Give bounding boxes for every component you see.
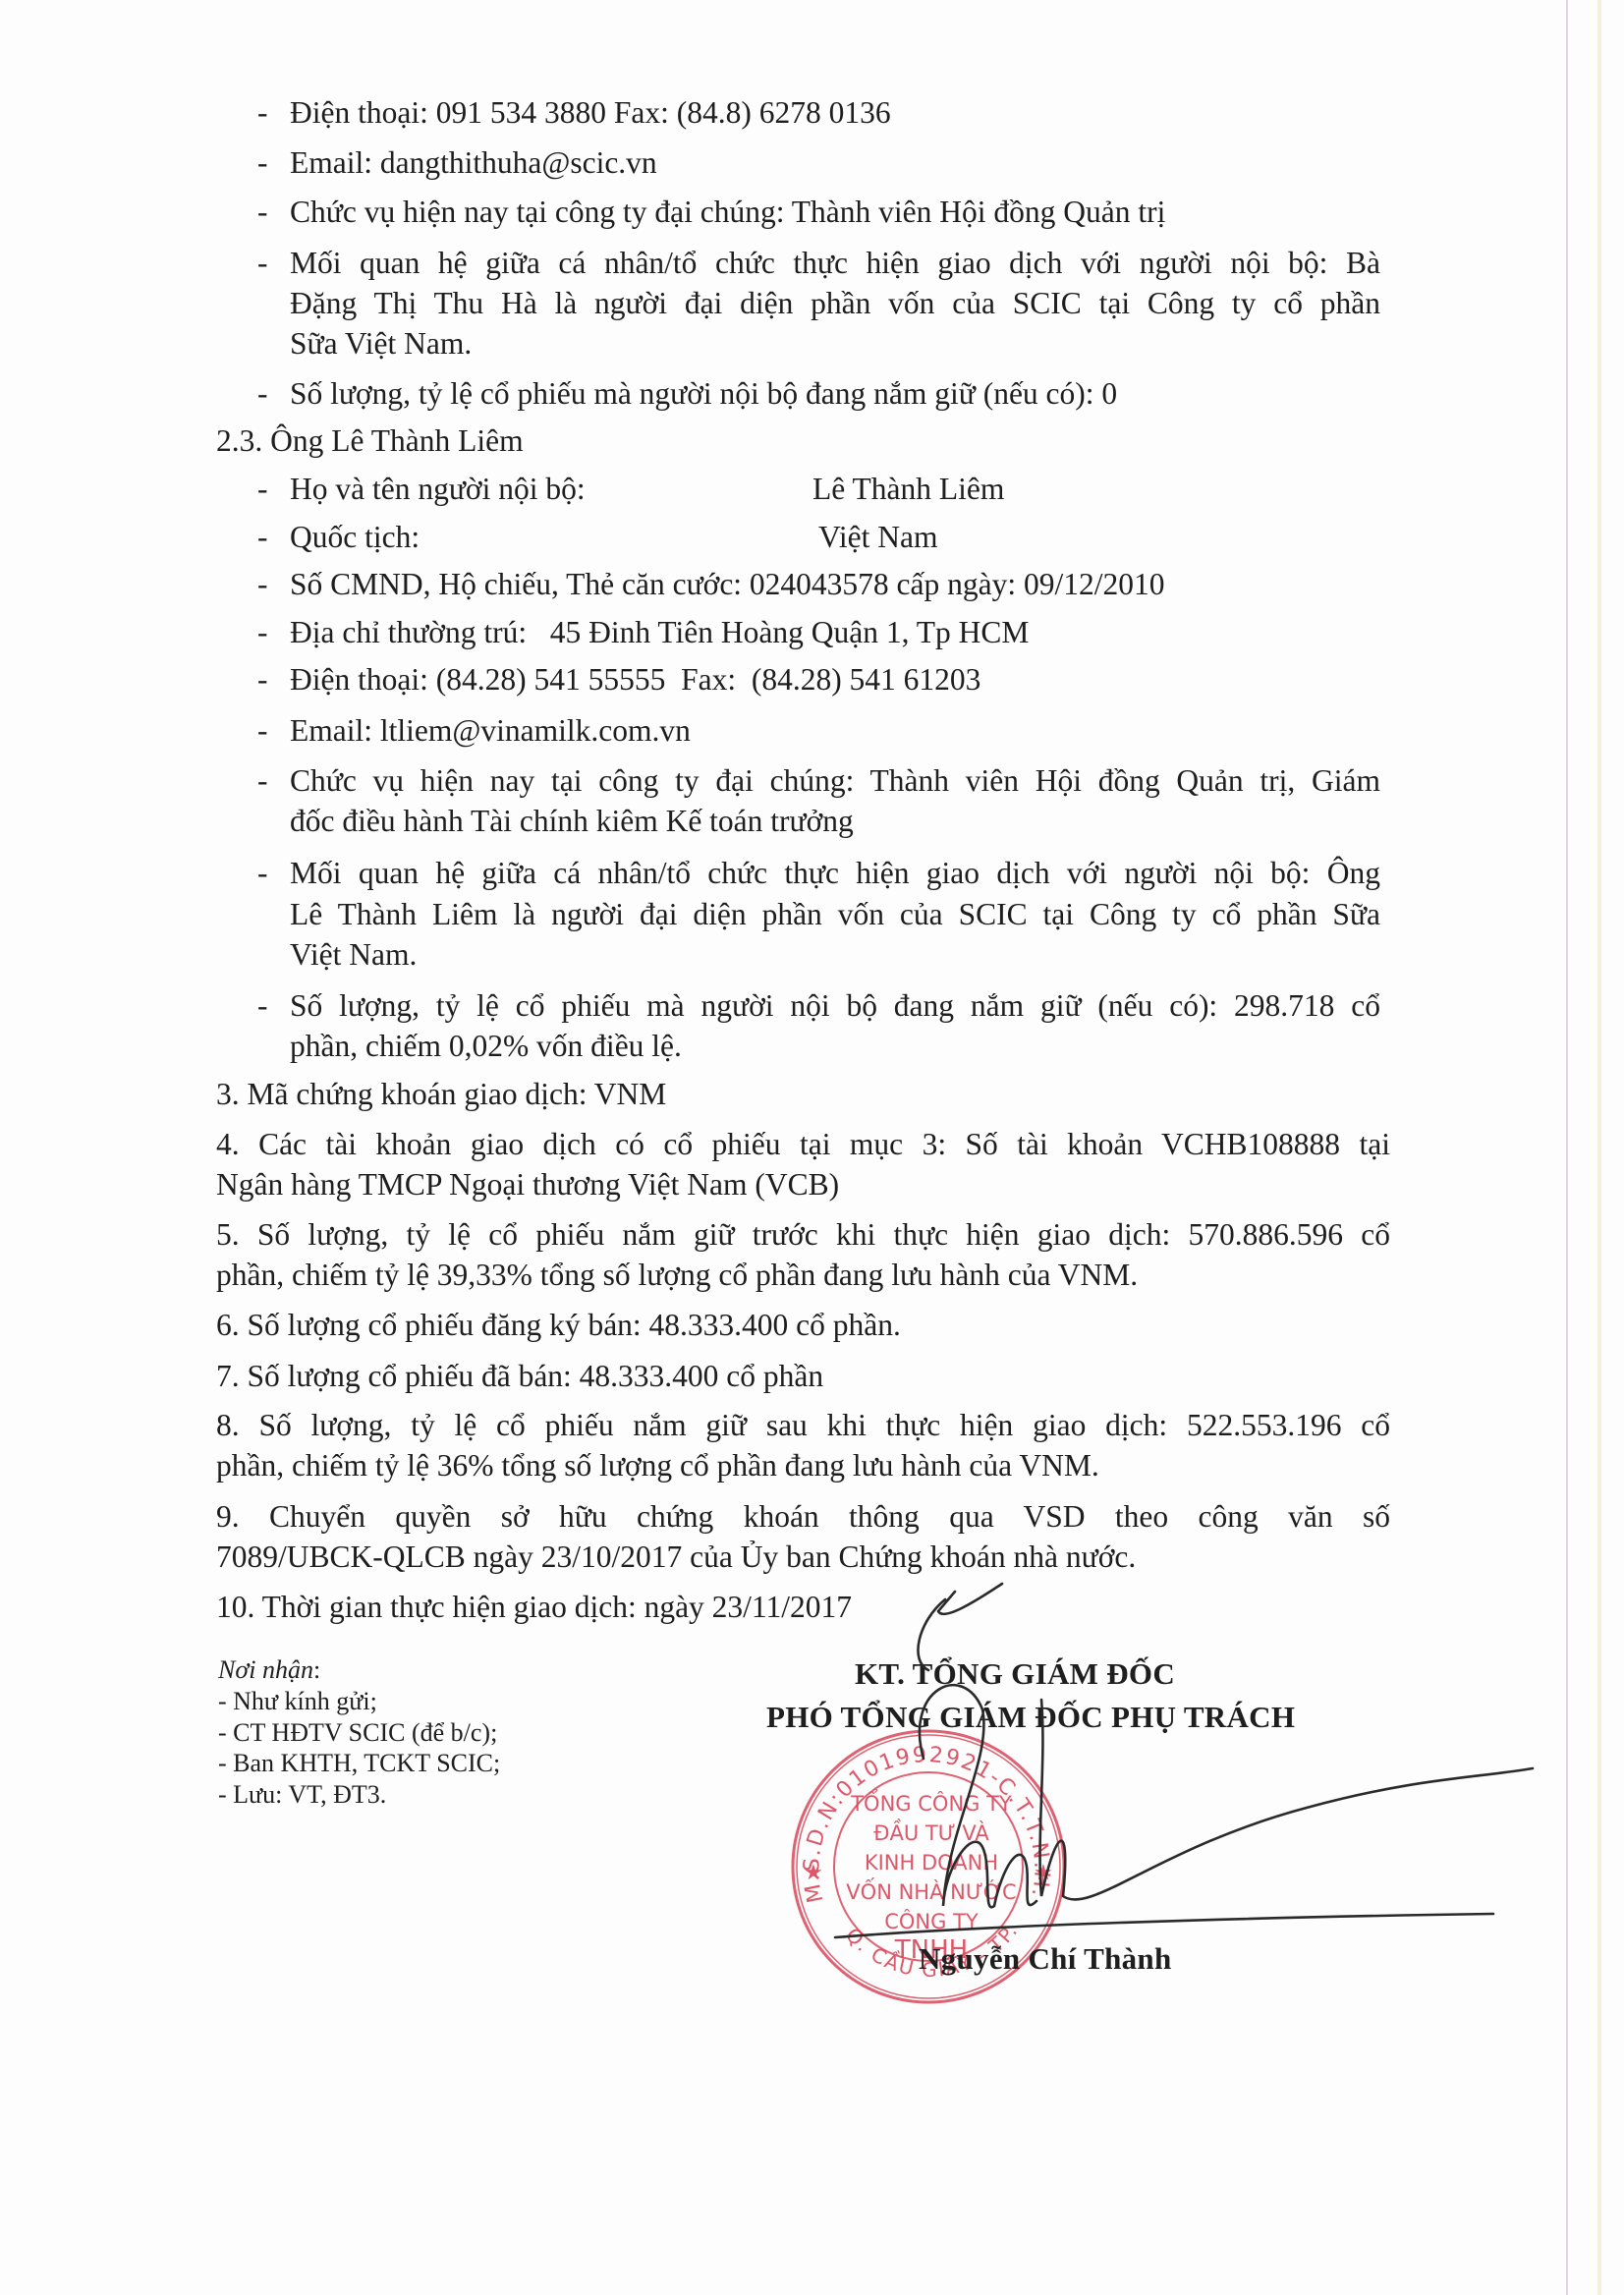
item-9: 9. Chuyển quyền sở hữu chứng khoán thông…: [216, 1498, 1390, 1536]
phone-fax-text: Điện thoại: (84.28) 541 55555 Fax: (84.2…: [290, 661, 980, 699]
position-text-cont: đốc điều hành Tài chính kiêm Kế toán trư…: [290, 803, 854, 840]
item-4-cont: Ngân hàng TMCP Ngoại thương Việt Nam (VC…: [216, 1166, 839, 1203]
recipient-item: - Lưu: VT, ĐT3.: [218, 1780, 386, 1810]
recipients-title: Nơi nhận:: [218, 1655, 320, 1685]
item-10: 10. Thời gian thực hiện giao dịch: ngày …: [216, 1589, 852, 1626]
svg-text:★: ★: [1034, 1861, 1053, 1885]
svg-text:TỔNG CÔNG TY: TỔNG CÔNG TY: [850, 1788, 1012, 1816]
section-heading: 2.3. Ông Lê Thành Liêm: [216, 422, 524, 460]
relation-text-cont: Đặng Thị Thu Hà là người đại diện phần v…: [290, 285, 1380, 322]
item-7: 7. Số lượng cổ phiếu đã bán: 48.333.400 …: [216, 1358, 823, 1395]
field-label: Quốc tịch:: [290, 519, 818, 556]
item-6: 6. Số lượng cổ phiếu đăng ký bán: 48.333…: [216, 1307, 901, 1344]
relation-text: Mối quan hệ giữa cá nhân/tổ chức thực hi…: [290, 245, 1380, 282]
svg-text:★: ★: [804, 1861, 823, 1885]
position-text: Chức vụ hiện nay tại công ty đại chúng: …: [290, 762, 1380, 800]
field-label: Họ và tên người nội bộ:: [290, 471, 812, 508]
item-5-cont: phần, chiếm tỷ lệ 39,33% tổng số lượng c…: [216, 1257, 1138, 1294]
signature-title-2: PHÓ TỔNG GIÁM ĐỐC PHỤ TRÁCH: [766, 1700, 1295, 1735]
email-text: Email: ltliem@vinamilk.com.vn: [290, 712, 691, 750]
id-text: Số CMND, Hộ chiếu, Thẻ căn cước: 0240435…: [290, 566, 1165, 603]
recipient-item: - Như kính gửi;: [218, 1687, 377, 1716]
field-value: Việt Nam: [818, 520, 937, 554]
document-page: - Điện thoại: 091 534 3880 Fax: (84.8) 6…: [0, 0, 1624, 2295]
svg-text:KINH DOANH: KINH DOANH: [865, 1851, 998, 1875]
svg-text:ĐẦU TƯ VÀ: ĐẦU TƯ VÀ: [873, 1819, 989, 1845]
item-5: 5. Số lượng, tỷ lệ cổ phiếu nắm giữ trướ…: [216, 1216, 1390, 1254]
email-text: Email: dangthithuha@scic.vn: [290, 144, 657, 182]
signer-name: Nguyễn Chí Thành: [919, 1941, 1172, 1977]
signature-title-1: KT. TỔNG GIÁM ĐỐC: [855, 1656, 1175, 1692]
item-8-cont: phần, chiếm tỷ lệ 36% tổng số lượng cổ p…: [216, 1447, 1099, 1484]
item-3: 3. Mã chứng khoán giao dịch: VNM: [216, 1076, 666, 1113]
shares-text: Số lượng, tỷ lệ cổ phiếu mà người nội bộ…: [290, 375, 1117, 413]
item-4: 4. Các tài khoản giao dịch có cổ phiếu t…: [216, 1126, 1390, 1163]
field-value: Lê Thành Liêm: [812, 472, 1004, 506]
address-text: Địa chỉ thường trú: 45 Đinh Tiên Hoàng Q…: [290, 614, 1029, 651]
svg-text:CÔNG TY: CÔNG TY: [884, 1909, 979, 1933]
relation-text-cont: Việt Nam.: [290, 936, 417, 974]
relation-text-cont: Sữa Việt Nam.: [290, 325, 472, 363]
svg-text:VỐN NHÀ NƯỚC: VỐN NHÀ NƯỚC: [846, 1876, 1016, 1904]
recipient-item: - Ban KHTH, TCKT SCIC;: [218, 1749, 500, 1778]
item-8: 8. Số lượng, tỷ lệ cổ phiếu nắm giữ sau …: [216, 1407, 1390, 1444]
shares-text: Số lượng, tỷ lệ cổ phiếu mà người nội bộ…: [290, 987, 1380, 1025]
recipient-item: - CT HĐTV SCIC (để b/c);: [218, 1718, 497, 1748]
relation-text: Mối quan hệ giữa cá nhân/tổ chức thực hi…: [290, 855, 1380, 892]
position-text: Chức vụ hiện nay tại công ty đại chúng: …: [290, 194, 1165, 231]
phone-fax-text: Điện thoại: 091 534 3880 Fax: (84.8) 627…: [290, 94, 891, 132]
relation-text-cont: Lê Thành Liêm là người đại diện phần vốn…: [290, 896, 1380, 933]
item-9-cont: 7089/UBCK-QLCB ngày 23/10/2017 của Ủy ba…: [216, 1539, 1136, 1576]
shares-text-cont: phần, chiếm 0,02% vốn điều lệ.: [290, 1028, 682, 1065]
